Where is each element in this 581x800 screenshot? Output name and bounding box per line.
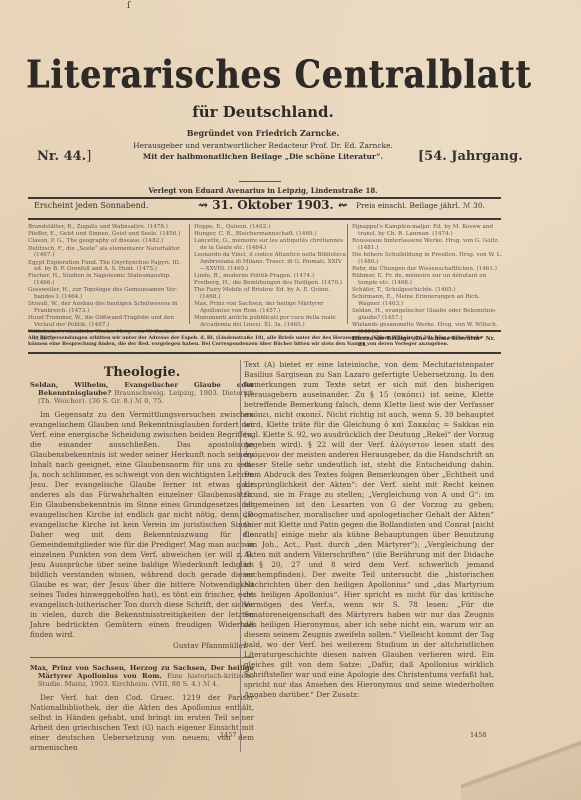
index-entry: Wielands gesammelte Werke. Hrsg. von W. …: [352, 322, 504, 335]
review-citation: Seldan, Wilhelm, Evangelischer Glaube od…: [30, 381, 254, 405]
index-entry: Die höhere Schulbildung in Preußen. Hrsg…: [352, 252, 504, 265]
ornament-rule: [239, 181, 281, 182]
review-body-continued: Text (A) bietet er eine lateinische, von…: [244, 360, 494, 700]
left-column: Theologie. Seldan, Wilhelm, Evangelische…: [30, 368, 254, 753]
issue-date: ⇝ 31. Oktober 1903. ⇜: [198, 198, 348, 212]
review-body: Der Verf. hat den Cod. Graec. 1219 der P…: [30, 693, 254, 753]
index-entry: Schäfer, T., Schulgeschichte. (1465.): [352, 287, 504, 294]
divider: [28, 330, 501, 332]
index-entry: Seldan, H., evangelischer Glaube oder Be…: [352, 308, 504, 321]
masthead: Literarisches Centralblatt für Deutschla…: [26, 52, 500, 161]
index-entry: Rühmer, E. Fr. de, mémoire sur un débuta…: [352, 273, 504, 286]
divider: [28, 352, 501, 354]
index-entry: Rohr, die Übungen der Wissenschaftlichen…: [352, 266, 504, 273]
reviewer-signature: Gustav Pfannmüller.: [30, 641, 248, 651]
index-entry: Linde, R., moderne Politik-Fragen. (1474…: [194, 273, 346, 280]
right-column: Text (A) bietet er eine lateinische, von…: [244, 360, 494, 700]
review-body: Im Gegensatz zu den Vermittlungsversuche…: [30, 410, 254, 640]
index-column-3: Pijnappel's Kampfen-maljar. Ed. by M. Ko…: [347, 224, 504, 324]
index-entry: Delitzsch, F., die „Seele“ als elementar…: [28, 246, 185, 259]
index-entry: Egypt Exploration Fund. The Oxyrhynchus …: [28, 260, 185, 273]
index-entry: Hund-Trommer, W., die Gößwand-Tragödie u…: [28, 315, 185, 328]
index-entry: Strauß, W., der Ausbau des heutigen Schu…: [28, 301, 185, 314]
index-entry: Clason, P. G., The geography of disease.…: [28, 238, 185, 245]
review-citation: Max, Prinz von Sachsen, Herzog zu Sachse…: [30, 664, 254, 688]
submission-notice: Alle Büchersendungen erbitten wir unter …: [28, 336, 501, 348]
index-entry: Max, Prinz von Sachsen, der heilige Märt…: [194, 301, 346, 314]
index-entry: Lancette, G., memoire sur les antiquités…: [194, 238, 346, 251]
divider: [30, 657, 254, 658]
index-column-2: Hoppe, E., Quinon. (1462.) Hunger, C. R.…: [189, 224, 346, 324]
dateline: Erscheint jeden Sonnabend. ⇝ 31. Oktober…: [34, 200, 498, 214]
index-entry: Gossweiler, H., zur Topologie des Gemein…: [28, 287, 185, 300]
subscription-price: Preis einschl. Beilage jährl. ℳ 30.: [356, 201, 485, 210]
index-column-1: Brandstätter, R., Zugalis und Wahnsatire…: [28, 224, 185, 343]
index-entry: Freiberg, H., die Bemühungen des Heilige…: [194, 280, 346, 287]
index-entry: Hunger, C. R., Bleichermannschaft. (1469…: [194, 231, 346, 238]
index-entry: Hoppe, E., Quinon. (1462.): [194, 224, 346, 231]
index-entry: The Fairy Mobile of Bristow. Ed. by A. E…: [194, 287, 346, 300]
index-entry: Leonardo da Vinci, il codice Atlantico n…: [194, 252, 346, 272]
paper-crease: [461, 710, 581, 800]
page-number-left: 1457: [220, 731, 237, 739]
publication-title: Literarisches Centralblatt: [26, 52, 500, 97]
index-entry: Pijnappel's Kampfen-maljar. Ed. by M. Ko…: [352, 224, 504, 237]
index-entry: Rousseaus hinterlassene Werke. Hrsg. von…: [352, 238, 504, 251]
index-entry: Schirmann, E., Meine Erinnerungen an Ric…: [352, 294, 504, 307]
publication-frequency: Erscheint jeden Sonnabend.: [34, 201, 148, 210]
volume-number: [54. Jahrgang.: [418, 149, 523, 164]
founder-line: Begründet von Friedrich Zarncke.: [26, 128, 500, 138]
publication-subtitle: für Deutschland.: [26, 103, 500, 121]
divider: [28, 218, 501, 220]
index-entry: Brandstätter, R., Zugalis und Wahnsatire…: [28, 224, 185, 231]
index-entry: Monumenti antichi pubblicati per cura de…: [194, 315, 346, 328]
index-entry: Pfeffer, E., Geist und Sinnen, Geist und…: [28, 231, 185, 238]
publisher-line: Verlegt von Eduard Avenarius in Leipzig,…: [26, 186, 500, 195]
newspaper-page: ſ Literarisches Centralblatt für Deutsch…: [0, 0, 581, 800]
index-entry: Fischer, H., Studien in Napoleonic State…: [28, 273, 185, 286]
issue-number: Nr. 44.]: [37, 149, 91, 164]
contents-index: Brandstätter, R., Zugalis und Wahnsatire…: [28, 222, 501, 328]
corner-mark: ſ: [127, 1, 130, 11]
section-heading: Theologie.: [30, 368, 254, 378]
column-divider: [240, 360, 241, 752]
